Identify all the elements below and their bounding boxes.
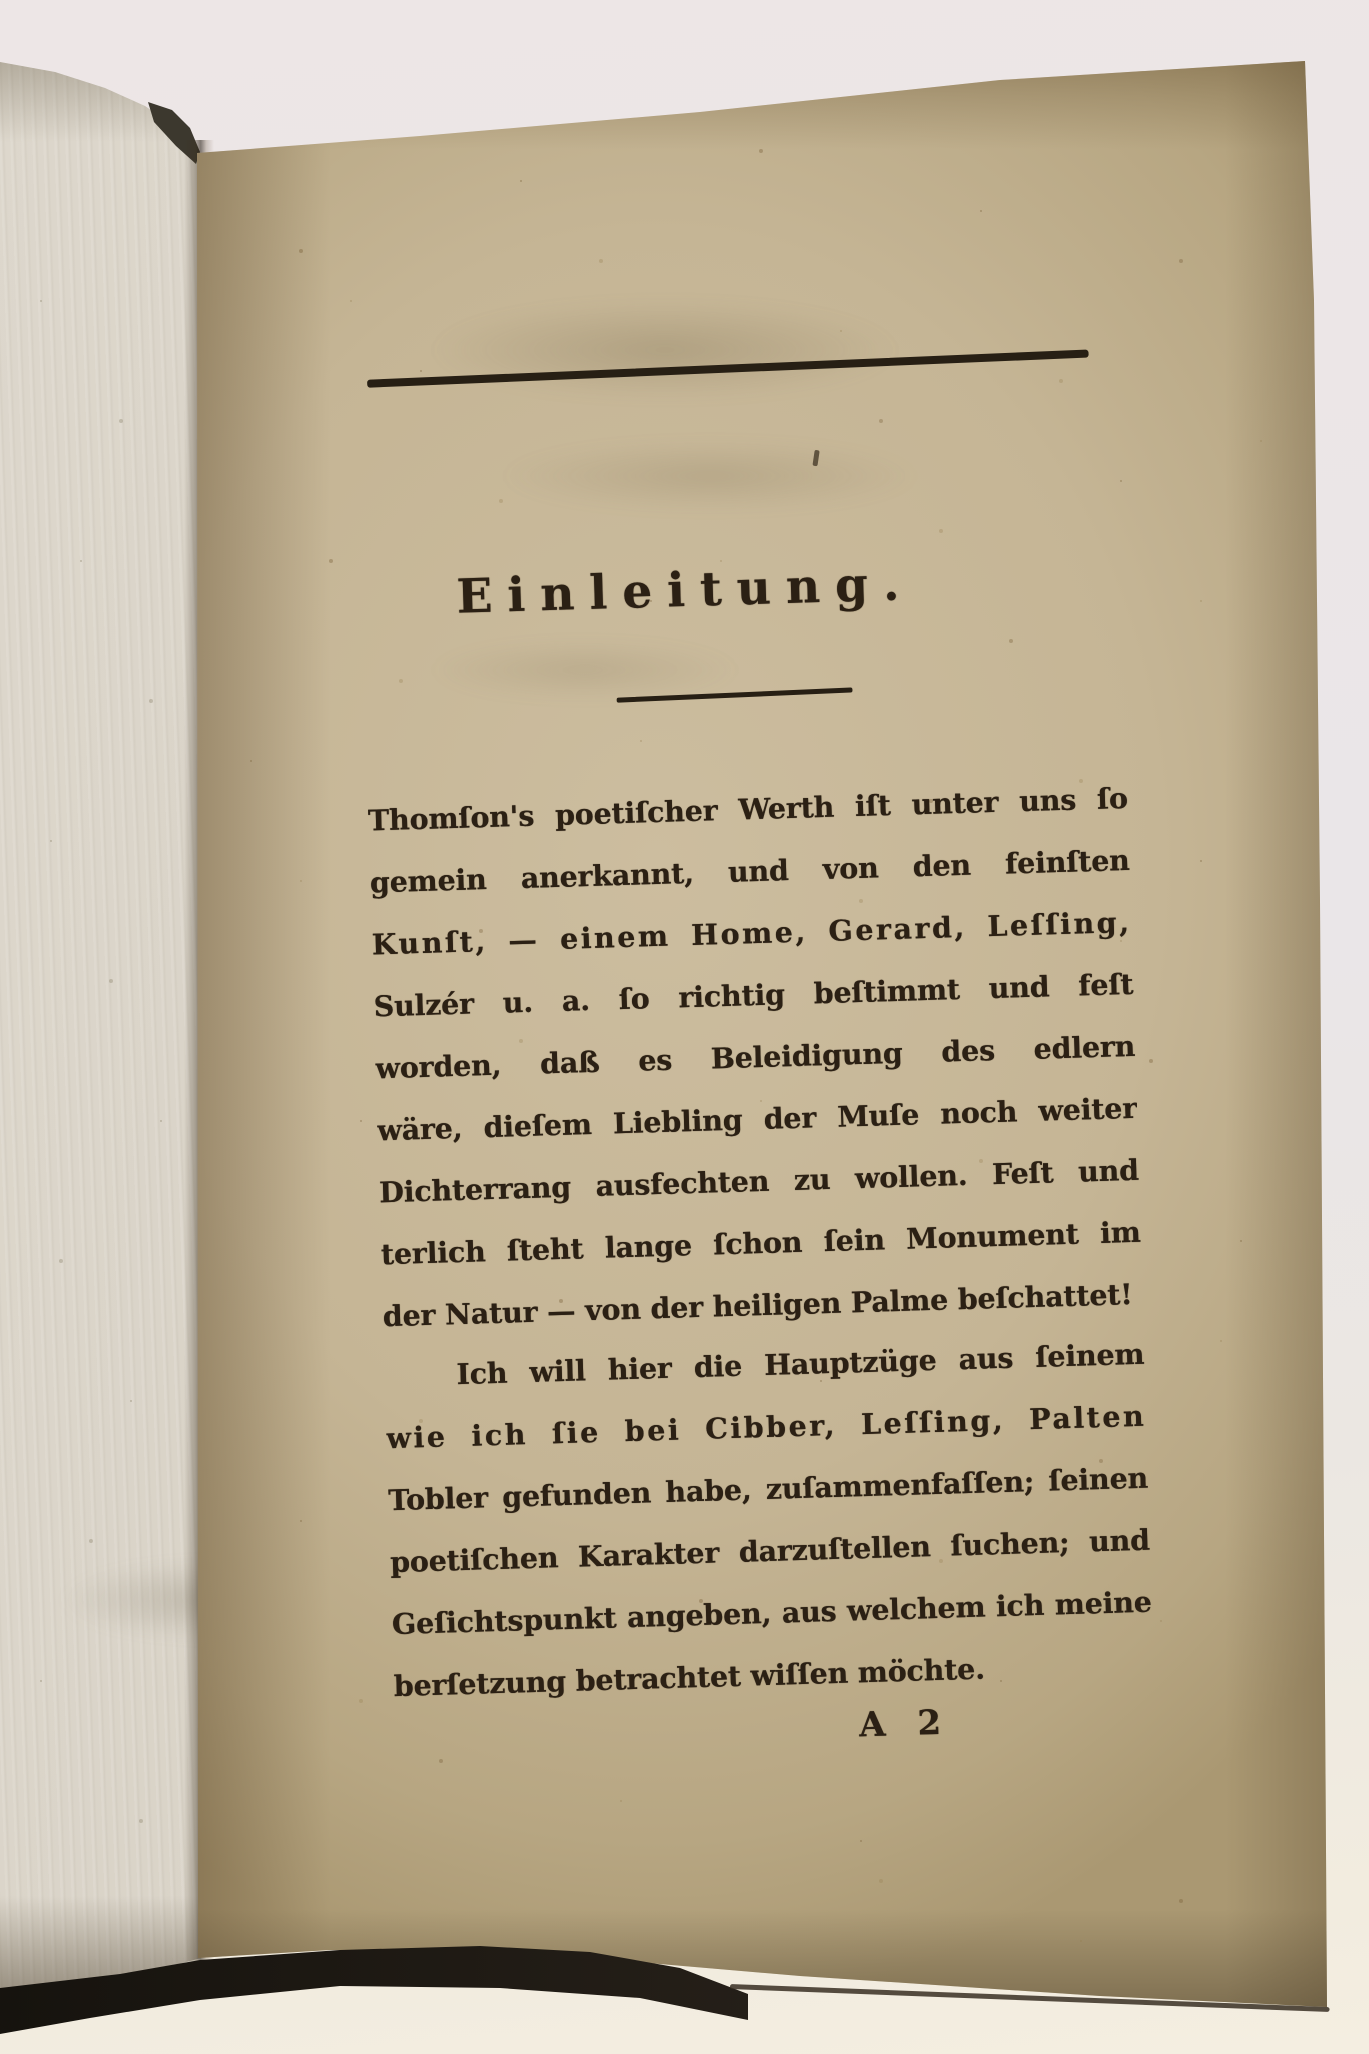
- facing-page-top-shadow: [0, 52, 215, 177]
- book-photo-scene: Einleitung. Thomſon's poetiſcher Werth i…: [0, 0, 1369, 2054]
- page-top-edge-shadow: [190, 55, 1330, 173]
- paragraph-1: Thomſon's poetiſcher Werth iſt unter uns…: [367, 767, 1143, 1347]
- paper-specks: [0, 0, 2, 2]
- chapter-heading: Einleitung.: [297, 543, 1075, 640]
- signature-mark: A 2: [859, 1703, 952, 1746]
- heading-underline: [617, 687, 853, 702]
- head-rule: [367, 350, 1089, 388]
- paper-specks: [0, 0, 2, 2]
- page-gutter-shadow: [196, 140, 331, 1970]
- paper-specks: [0, 0, 2, 2]
- page-text-block: Einleitung. Thomſon's poetiſcher Werth i…: [350, 329, 1170, 1831]
- paragraph-2: Ich will hier die Hauptzüge aus ſeinem L…: [384, 1323, 1155, 1717]
- page-right-edge-shadow: [1225, 60, 1330, 2010]
- ink-fleck: [812, 450, 819, 467]
